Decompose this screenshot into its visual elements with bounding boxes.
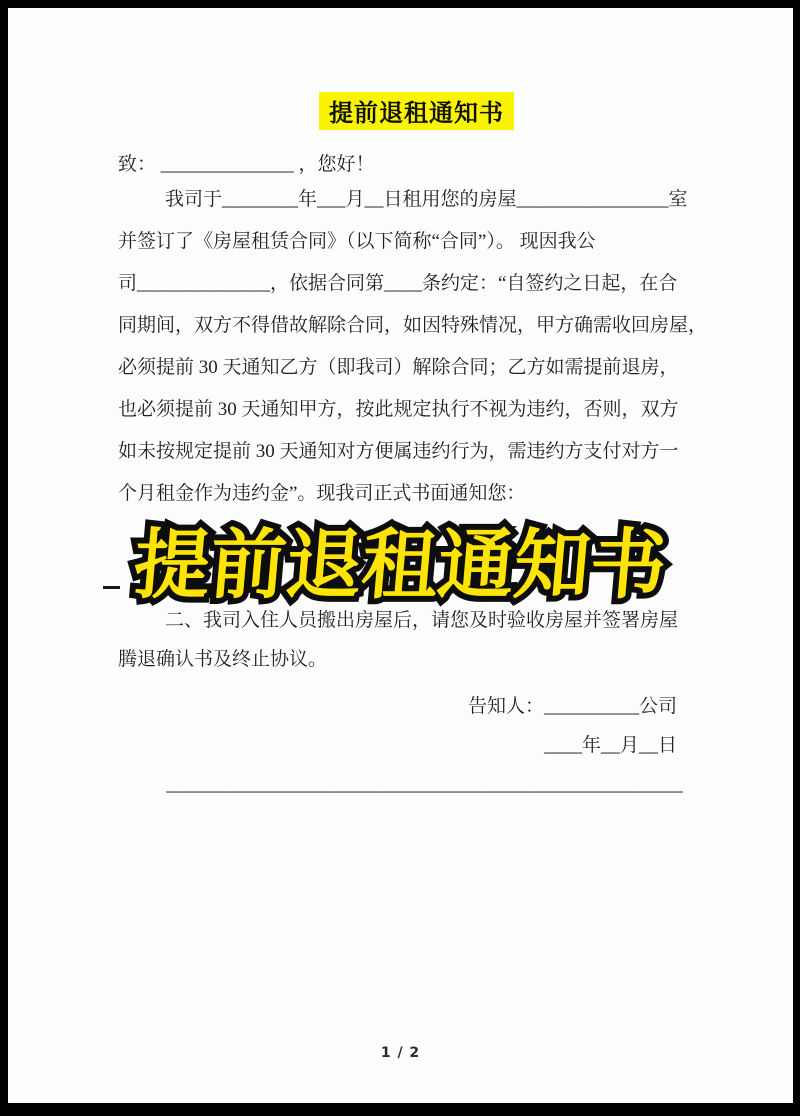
notifier-signature-line: 告知人：__________公司 <box>468 686 677 728</box>
document-title-highlighted: 提前退租通知书 <box>319 92 514 130</box>
title-row: 提前退租通知书 <box>8 92 793 130</box>
body-line: 如未按规定提前 30 天通知对方便属违约行为，需违约方支付对方一 <box>118 431 684 473</box>
body-line: 并签订了《房屋租赁合同》（以下简称“合同”）。 现因我公 <box>118 221 684 263</box>
body-line: 司______________，依据合同第____条约定：“自签约之日起，在合 <box>118 263 684 305</box>
body-line: 也必须提前 30 天通知甲方，按此规定执行不视为违约，否则，双方 <box>118 389 684 431</box>
bottom-rule-line: ________________________________________… <box>166 770 683 804</box>
body-paragraph: 我司于________年___月__日租用您的房屋_______________… <box>118 179 684 515</box>
body-line: 我司于________年___月__日租用您的房屋_______________… <box>118 179 684 221</box>
document-page: 提前退租通知书 致： ______________ ，您好！ 我司于______… <box>8 8 793 1103</box>
page-number: 1 / 2 <box>8 1045 793 1061</box>
closing-line: 腾退确认书及终止协议。 <box>118 640 684 679</box>
body-line: 个月租金作为违约金”。现我司正式书面通知您： <box>118 473 684 515</box>
scan-background: { "document": { "title": "提前退租通知书", "sal… <box>0 0 800 1116</box>
sticker-overlay-title: 提前退租通知书 <box>95 514 704 618</box>
body-line: 同期间，双方不得借故解除合同，如因特殊情况，甲方确需收回房屋， <box>118 305 684 347</box>
body-line: 必须提前 30 天通知乙方（即我司）解除合同；乙方如需提前退房， <box>118 347 684 389</box>
date-signature-line: ____年__月__日 <box>544 725 677 767</box>
